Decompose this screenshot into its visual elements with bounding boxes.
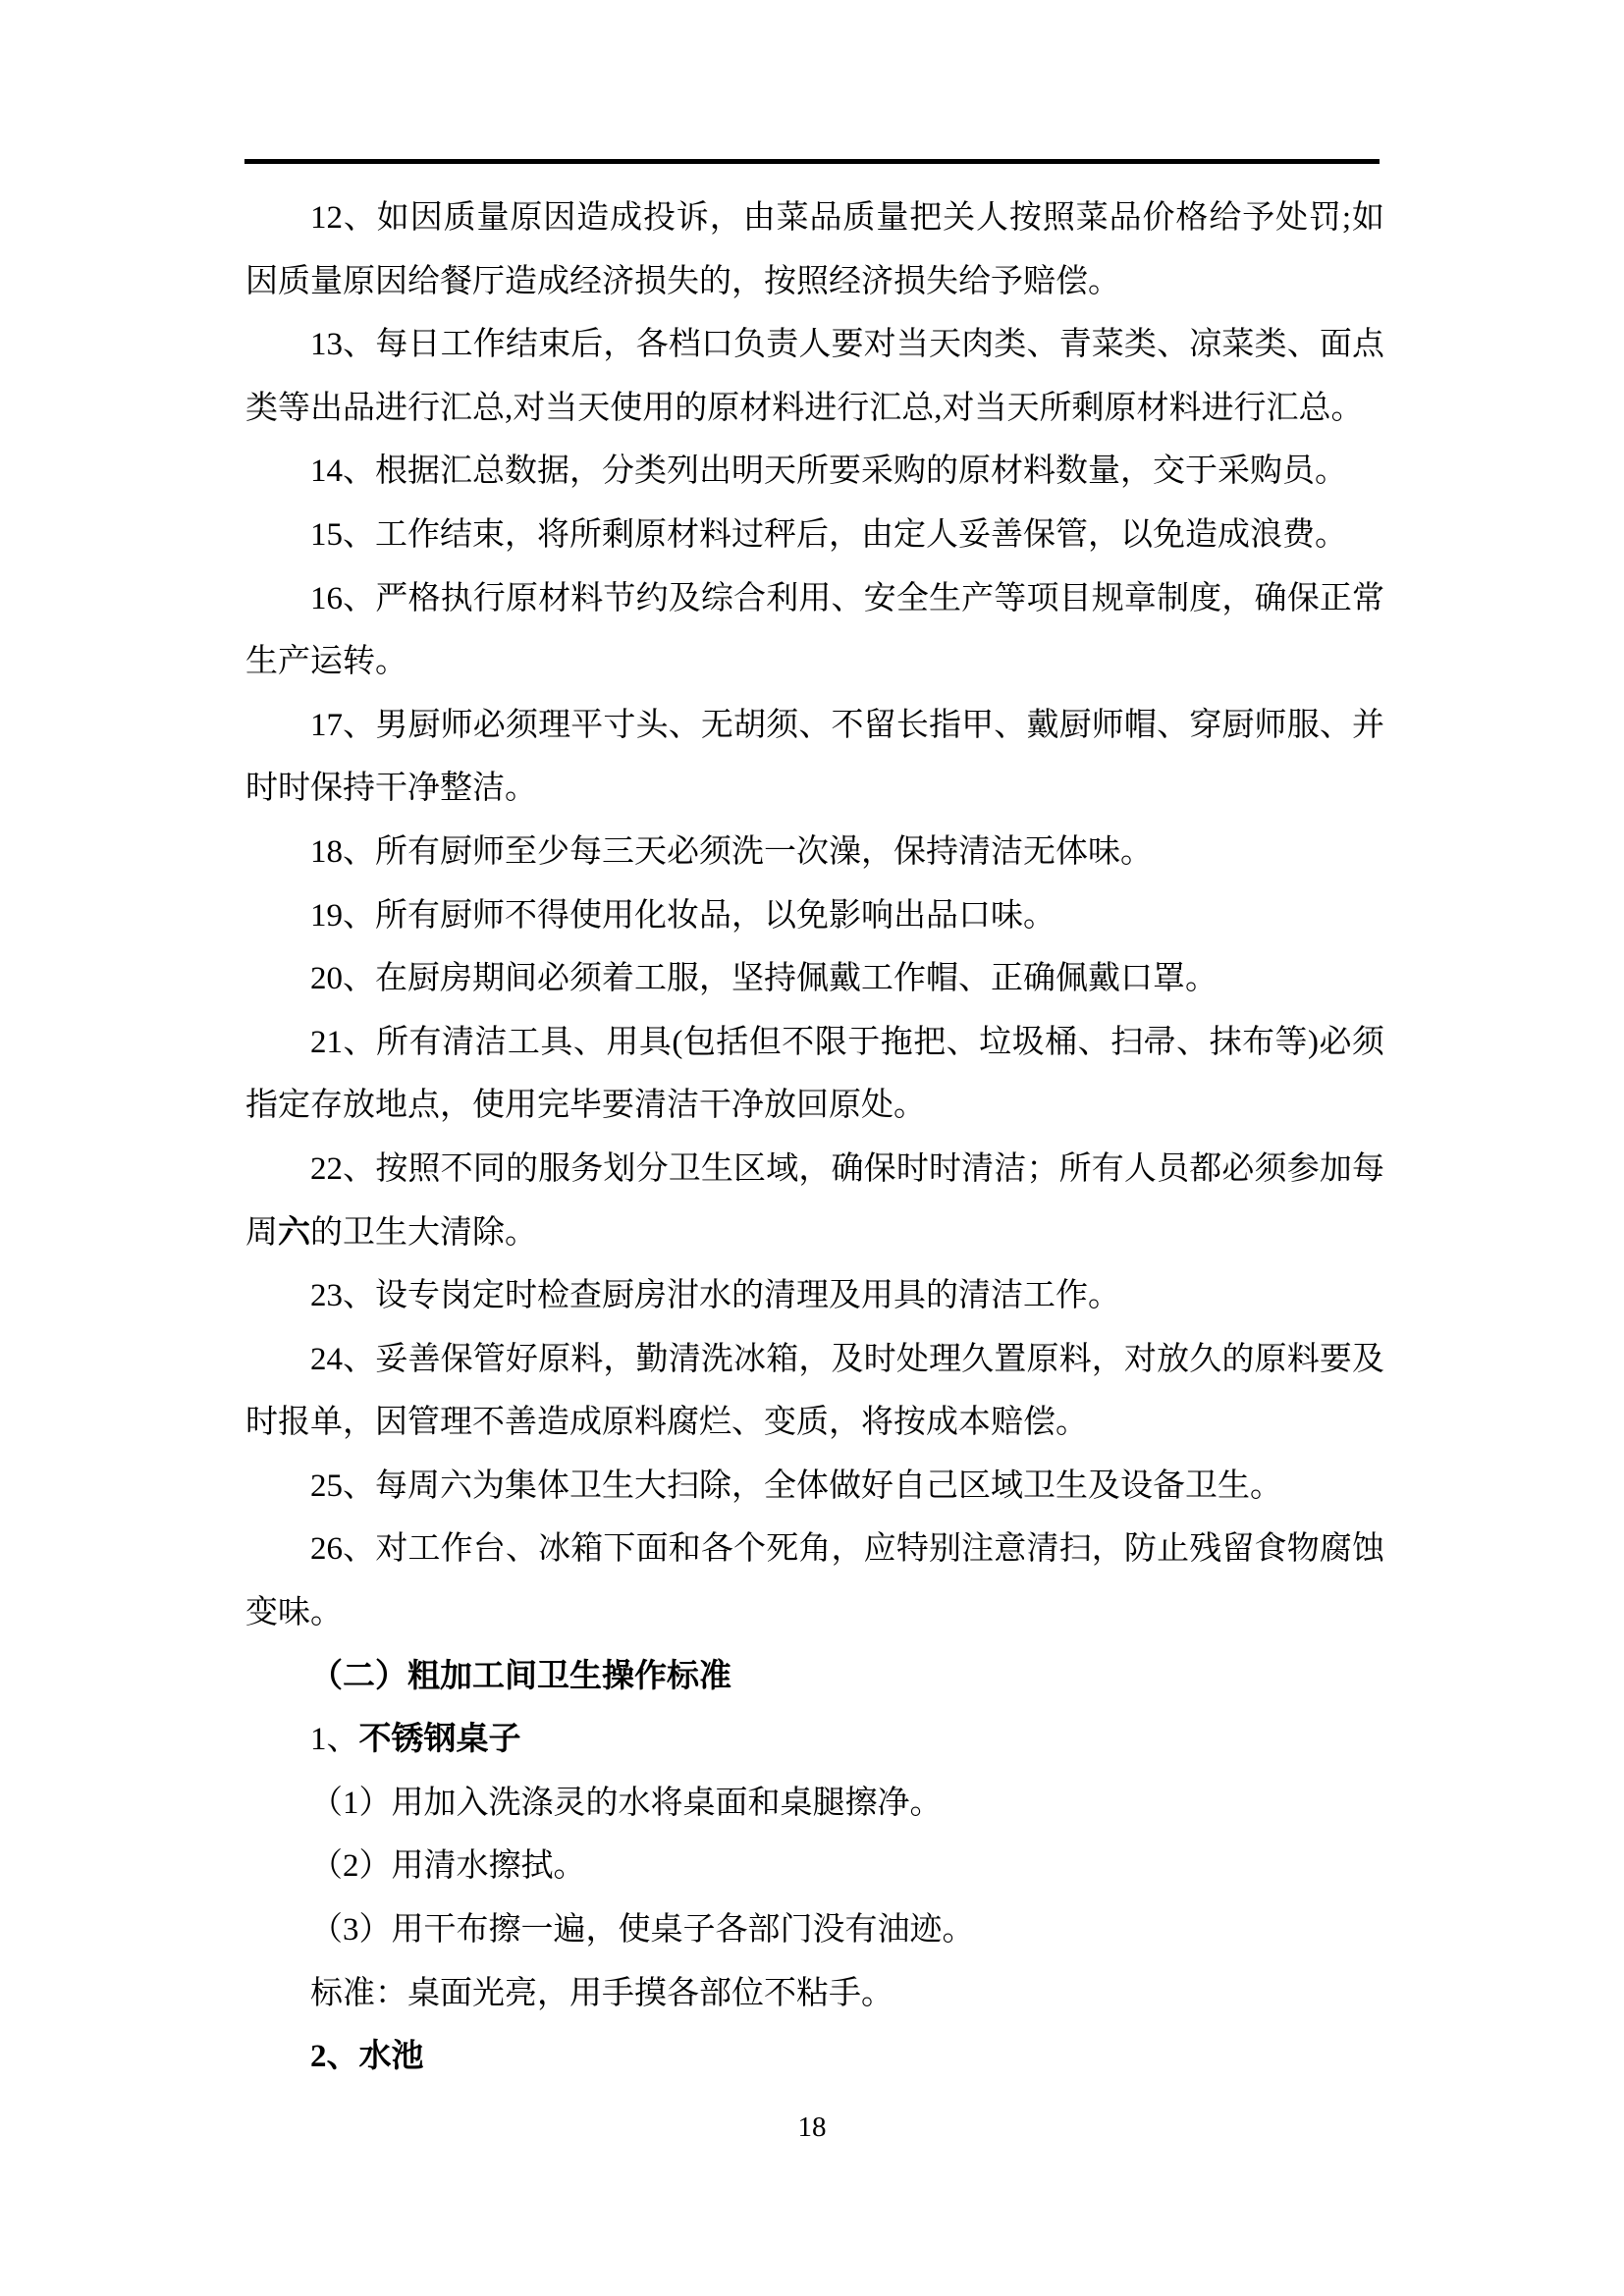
paragraph: 22、按照不同的服务划分卫生区域，确保时时清洁；所有人员都必须参加每周六的卫生大…	[245, 1138, 1384, 1264]
text-run: 的卫生大清除。	[310, 1215, 537, 1251]
section-heading: 2、水池	[245, 2025, 1384, 2089]
paragraph: 13、每日工作结束后，各档口负责人要对当天肉类、青菜类、凉菜类、面点类等出品进行…	[245, 313, 1384, 440]
text-run: 20、在厨房期间必须着工服，坚持佩戴工作帽、正确佩戴口罩。	[310, 961, 1218, 996]
section-heading: （二）粗加工间卫生操作标准	[245, 1645, 1384, 1709]
text-run: 2、水池	[310, 2039, 424, 2074]
text-run: 19、所有厨师不得使用化妆品，以免影响出品口味。	[310, 898, 1056, 934]
paragraph: 24、妥善保管好原料，勤清洗冰箱，及时处理久置原料，对放久的原料要及时报单，因管…	[245, 1328, 1384, 1455]
text-run: （3）用干布擦一遍，使桌子各部门没有油迹。	[310, 1912, 975, 1948]
text-run: （2）用清水擦拭。	[310, 1848, 586, 1884]
text-run: 六	[278, 1215, 310, 1251]
paragraph: （3）用干布擦一遍，使桌子各部门没有油迹。	[245, 1898, 1384, 1962]
text-run: 18、所有厨师至少每三天必须洗一次澡，保持清洁无体味。	[310, 834, 1153, 870]
text-run: （二）粗加工间卫生操作标准	[310, 1659, 731, 1694]
paragraph: 25、每周六为集体卫生大扫除，全体做好自己区域卫生及设备卫生。	[245, 1455, 1384, 1519]
paragraph: （1）用加入洗涤灵的水将桌面和桌腿擦净。	[245, 1772, 1384, 1836]
text-run: 16、严格执行原材料节约及综合利用、安全生产等项目规章制度，确保正常生产运转。	[245, 581, 1384, 680]
document-body: 12、如因质量原因造成投诉，由菜品质量把关人按照菜品价格给予处罚;如因质量原因给…	[245, 187, 1384, 2089]
paragraph: 16、严格执行原材料节约及综合利用、安全生产等项目规章制度，确保正常生产运转。	[245, 567, 1384, 694]
paragraph: 12、如因质量原因造成投诉，由菜品质量把关人按照菜品价格给予处罚;如因质量原因给…	[245, 187, 1384, 313]
text-run: 12、如因质量原因造成投诉，由菜品质量把关人按照菜品价格给予处罚;如因质量原因给…	[245, 200, 1384, 299]
paragraph: 26、对工作台、冰箱下面和各个死角，应特别注意清扫，防止残留食物腐蚀变味。	[245, 1518, 1384, 1644]
paragraph: 19、所有厨师不得使用化妆品，以免影响出品口味。	[245, 884, 1384, 948]
text-run: 25、每周六为集体卫生大扫除，全体做好自己区域卫生及设备卫生。	[310, 1468, 1282, 1504]
paragraph: 标准：桌面光亮，用手摸各部位不粘手。	[245, 1962, 1384, 2026]
paragraph: 17、男厨师必须理平寸头、无胡须、不留长指甲、戴厨师帽、穿厨师服、并时时保持干净…	[245, 694, 1384, 821]
document-page: 12、如因质量原因造成投诉，由菜品质量把关人按照菜品价格给予处罚;如因质量原因给…	[0, 0, 1624, 2296]
text-run: 26、对工作台、冰箱下面和各个死角，应特别注意清扫，防止残留食物腐蚀变味。	[245, 1531, 1384, 1630]
paragraph: 23、设专岗定时检查厨房泔水的清理及用具的清洁工作。	[245, 1264, 1384, 1328]
text-run: 23、设专岗定时检查厨房泔水的清理及用具的清洁工作。	[310, 1278, 1120, 1313]
paragraph: 20、在厨房期间必须着工服，坚持佩戴工作帽、正确佩戴口罩。	[245, 947, 1384, 1011]
header-rule	[244, 159, 1380, 164]
text-run: 14、根据汇总数据，分类列出明天所要采购的原材料数量，交于采购员。	[310, 454, 1347, 489]
text-run: 13、每日工作结束后，各档口负责人要对当天肉类、青菜类、凉菜类、面点类等出品进行…	[245, 327, 1384, 426]
text-run: 17、男厨师必须理平寸头、无胡须、不留长指甲、戴厨师帽、穿厨师服、并时时保持干净…	[245, 708, 1384, 807]
text-run: 15、工作结束，将所剩原材料过秤后，由定人妥善保管，以免造成浪费。	[310, 517, 1347, 553]
paragraph: 15、工作结束，将所剩原材料过秤后，由定人妥善保管，以免造成浪费。	[245, 504, 1384, 567]
page-number: 18	[0, 2110, 1624, 2144]
paragraph: 14、根据汇总数据，分类列出明天所要采购的原材料数量，交于采购员。	[245, 440, 1384, 504]
paragraph: （2）用清水擦拭。	[245, 1835, 1384, 1898]
text-run: （1）用加入洗涤灵的水将桌面和桌腿擦净。	[310, 1786, 943, 1821]
text-run: 标准：桌面光亮，用手摸各部位不粘手。	[310, 1976, 893, 2011]
text-run: 21、所有清洁工具、用具(包括但不限于拖把、垃圾桶、扫帚、抹布等)必须指定存放地…	[245, 1025, 1384, 1124]
section-heading: 1、不锈钢桌子	[245, 1708, 1384, 1772]
text-run: 不锈钢桌子	[359, 1722, 521, 1757]
text-run: 1、	[310, 1722, 359, 1757]
paragraph: 18、所有厨师至少每三天必须洗一次澡，保持清洁无体味。	[245, 821, 1384, 884]
paragraph: 21、所有清洁工具、用具(包括但不限于拖把、垃圾桶、扫帚、抹布等)必须指定存放地…	[245, 1011, 1384, 1138]
text-run: 24、妥善保管好原料，勤清洗冰箱，及时处理久置原料，对放久的原料要及时报单，因管…	[245, 1342, 1384, 1441]
